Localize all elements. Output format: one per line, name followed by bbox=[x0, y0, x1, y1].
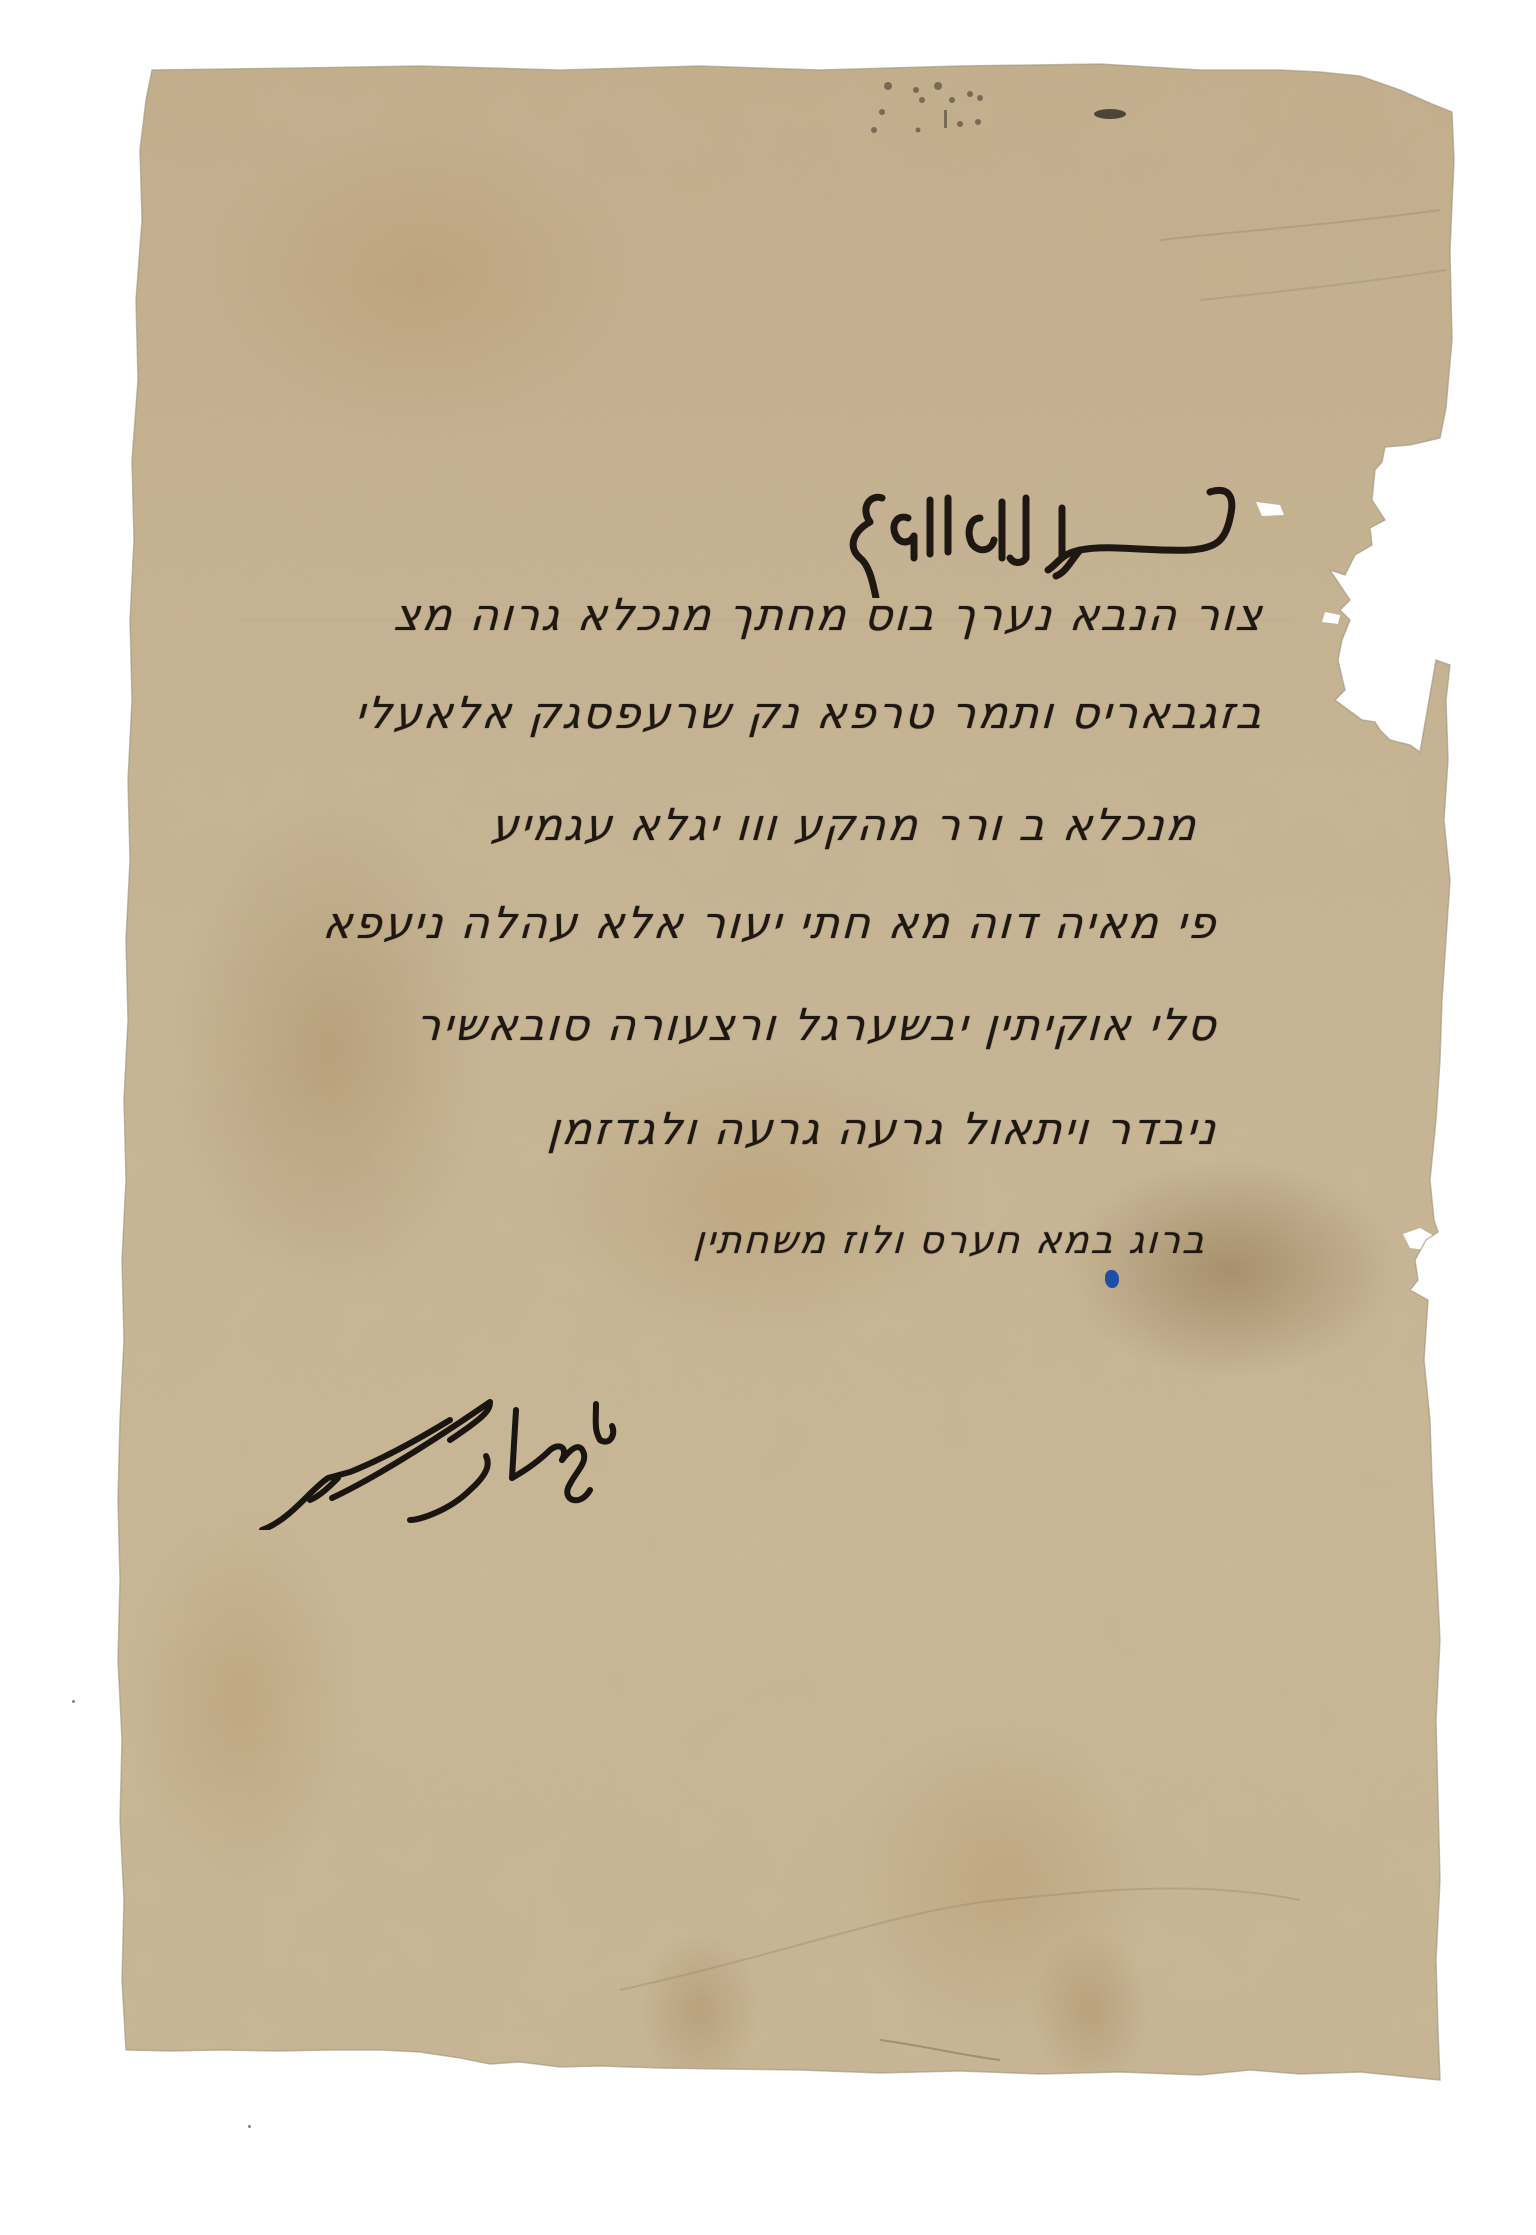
body-line-4: פי מאיה דוה מא חתי יעור אלא עהלה ניעפא bbox=[322, 898, 1220, 949]
manuscript-scan: بسم الله الرحمن الرحيم צור הנבא נערך בוס… bbox=[0, 0, 1536, 2235]
basmala-invocation: بسم الله الرحمن الرحيم bbox=[830, 478, 1250, 598]
faint-top-marks bbox=[860, 70, 1180, 140]
stray-speck bbox=[72, 1700, 75, 1703]
body-line-5: סלי אוקיתין יבשערגל ורצעורה סובאשיר bbox=[414, 1000, 1219, 1051]
body-line-3: מנכלא ב ורר מהקע ווו יגלא עגמיע bbox=[489, 800, 1199, 851]
body-line-1: צור הנבא נערך בוס מחתך מנכלא גרוה מצ bbox=[392, 590, 1265, 641]
stray-speck bbox=[248, 2125, 251, 2128]
body-line-7: ברוג במא חערס ולוז משחתין bbox=[692, 1218, 1208, 1262]
blue-ink-mark bbox=[1105, 1270, 1119, 1288]
body-line-2: בזגבאריס ותמר טרפא נק שרעפסגק אלאעלי bbox=[354, 688, 1266, 739]
signature: توقيع bbox=[250, 1380, 630, 1530]
body-line-6: ניבדר ויתאול גרעה גרעה ולגדזמן bbox=[547, 1104, 1220, 1155]
